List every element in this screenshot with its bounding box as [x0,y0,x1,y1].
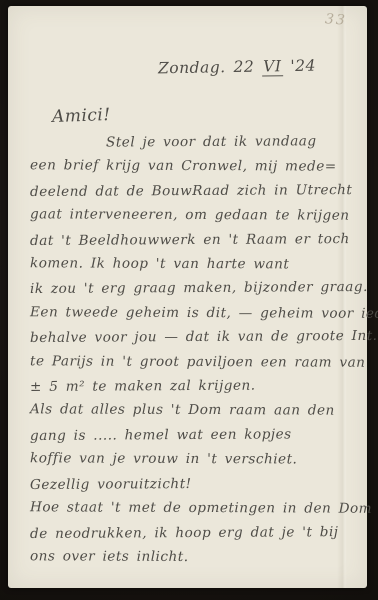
letter-line: deelend dat de BouwRaad zich in Utrecht [30,178,360,204]
letter-line: Een tweede geheim is dit, — geheim voor … [30,300,360,326]
letter-line: ik zou 't erg graag maken, bijzonder gra… [30,275,360,301]
date-prefix: Zondag. 22 [158,58,262,78]
date-suffix: '24 [282,57,316,76]
letter-line: behalve voor jou — dat ik van de groote … [30,324,360,350]
letter-page: 33 Zondag. 22 VI '24 Amici! Stel je voor… [8,6,367,588]
letter-line: ± 5 m² te maken zal krijgen. [30,373,360,399]
date-month-roman: VI [262,57,283,76]
letter-line: Hoe staat 't met de opmetingen in den Do… [30,495,360,521]
letter-line: gaat interveneeren, om gedaan te krijgen [30,202,360,228]
photo-background: 33 Zondag. 22 VI '24 Amici! Stel je voor… [0,0,378,600]
letter-body: Stel je voor dat ik vandaag een brief kr… [30,130,360,569]
letter-line: gang is ..... hemel wat een kopjes [30,422,360,448]
letter-line: te Parijs in 't groot paviljoen een raam… [30,349,360,375]
letter-line: koffie van je vrouw in 't verschiet. [30,447,360,473]
letter-line: ons over iets inlicht. [30,544,360,570]
page-number: 33 [325,11,348,28]
letter-line: Stel je voor dat ik vandaag [30,129,360,155]
letter-line: Gezellig vooruitzicht! [30,471,360,497]
letter-line: een brief krijg van Cronwel, mij mede= [30,154,360,180]
letter-line: dat 't Beeldhouwwerk en 't Raam er toch [30,227,360,253]
letter-line: komen. Ik hoop 't van harte want [30,251,360,277]
salutation: Amici! [52,105,111,127]
letter-line: Als dat alles plus 't Dom raam aan den [30,398,360,424]
letter-line: de neodrukken, ik hoop erg dat je 't bij [30,519,360,545]
date-line: Zondag. 22 VI '24 [158,57,316,78]
